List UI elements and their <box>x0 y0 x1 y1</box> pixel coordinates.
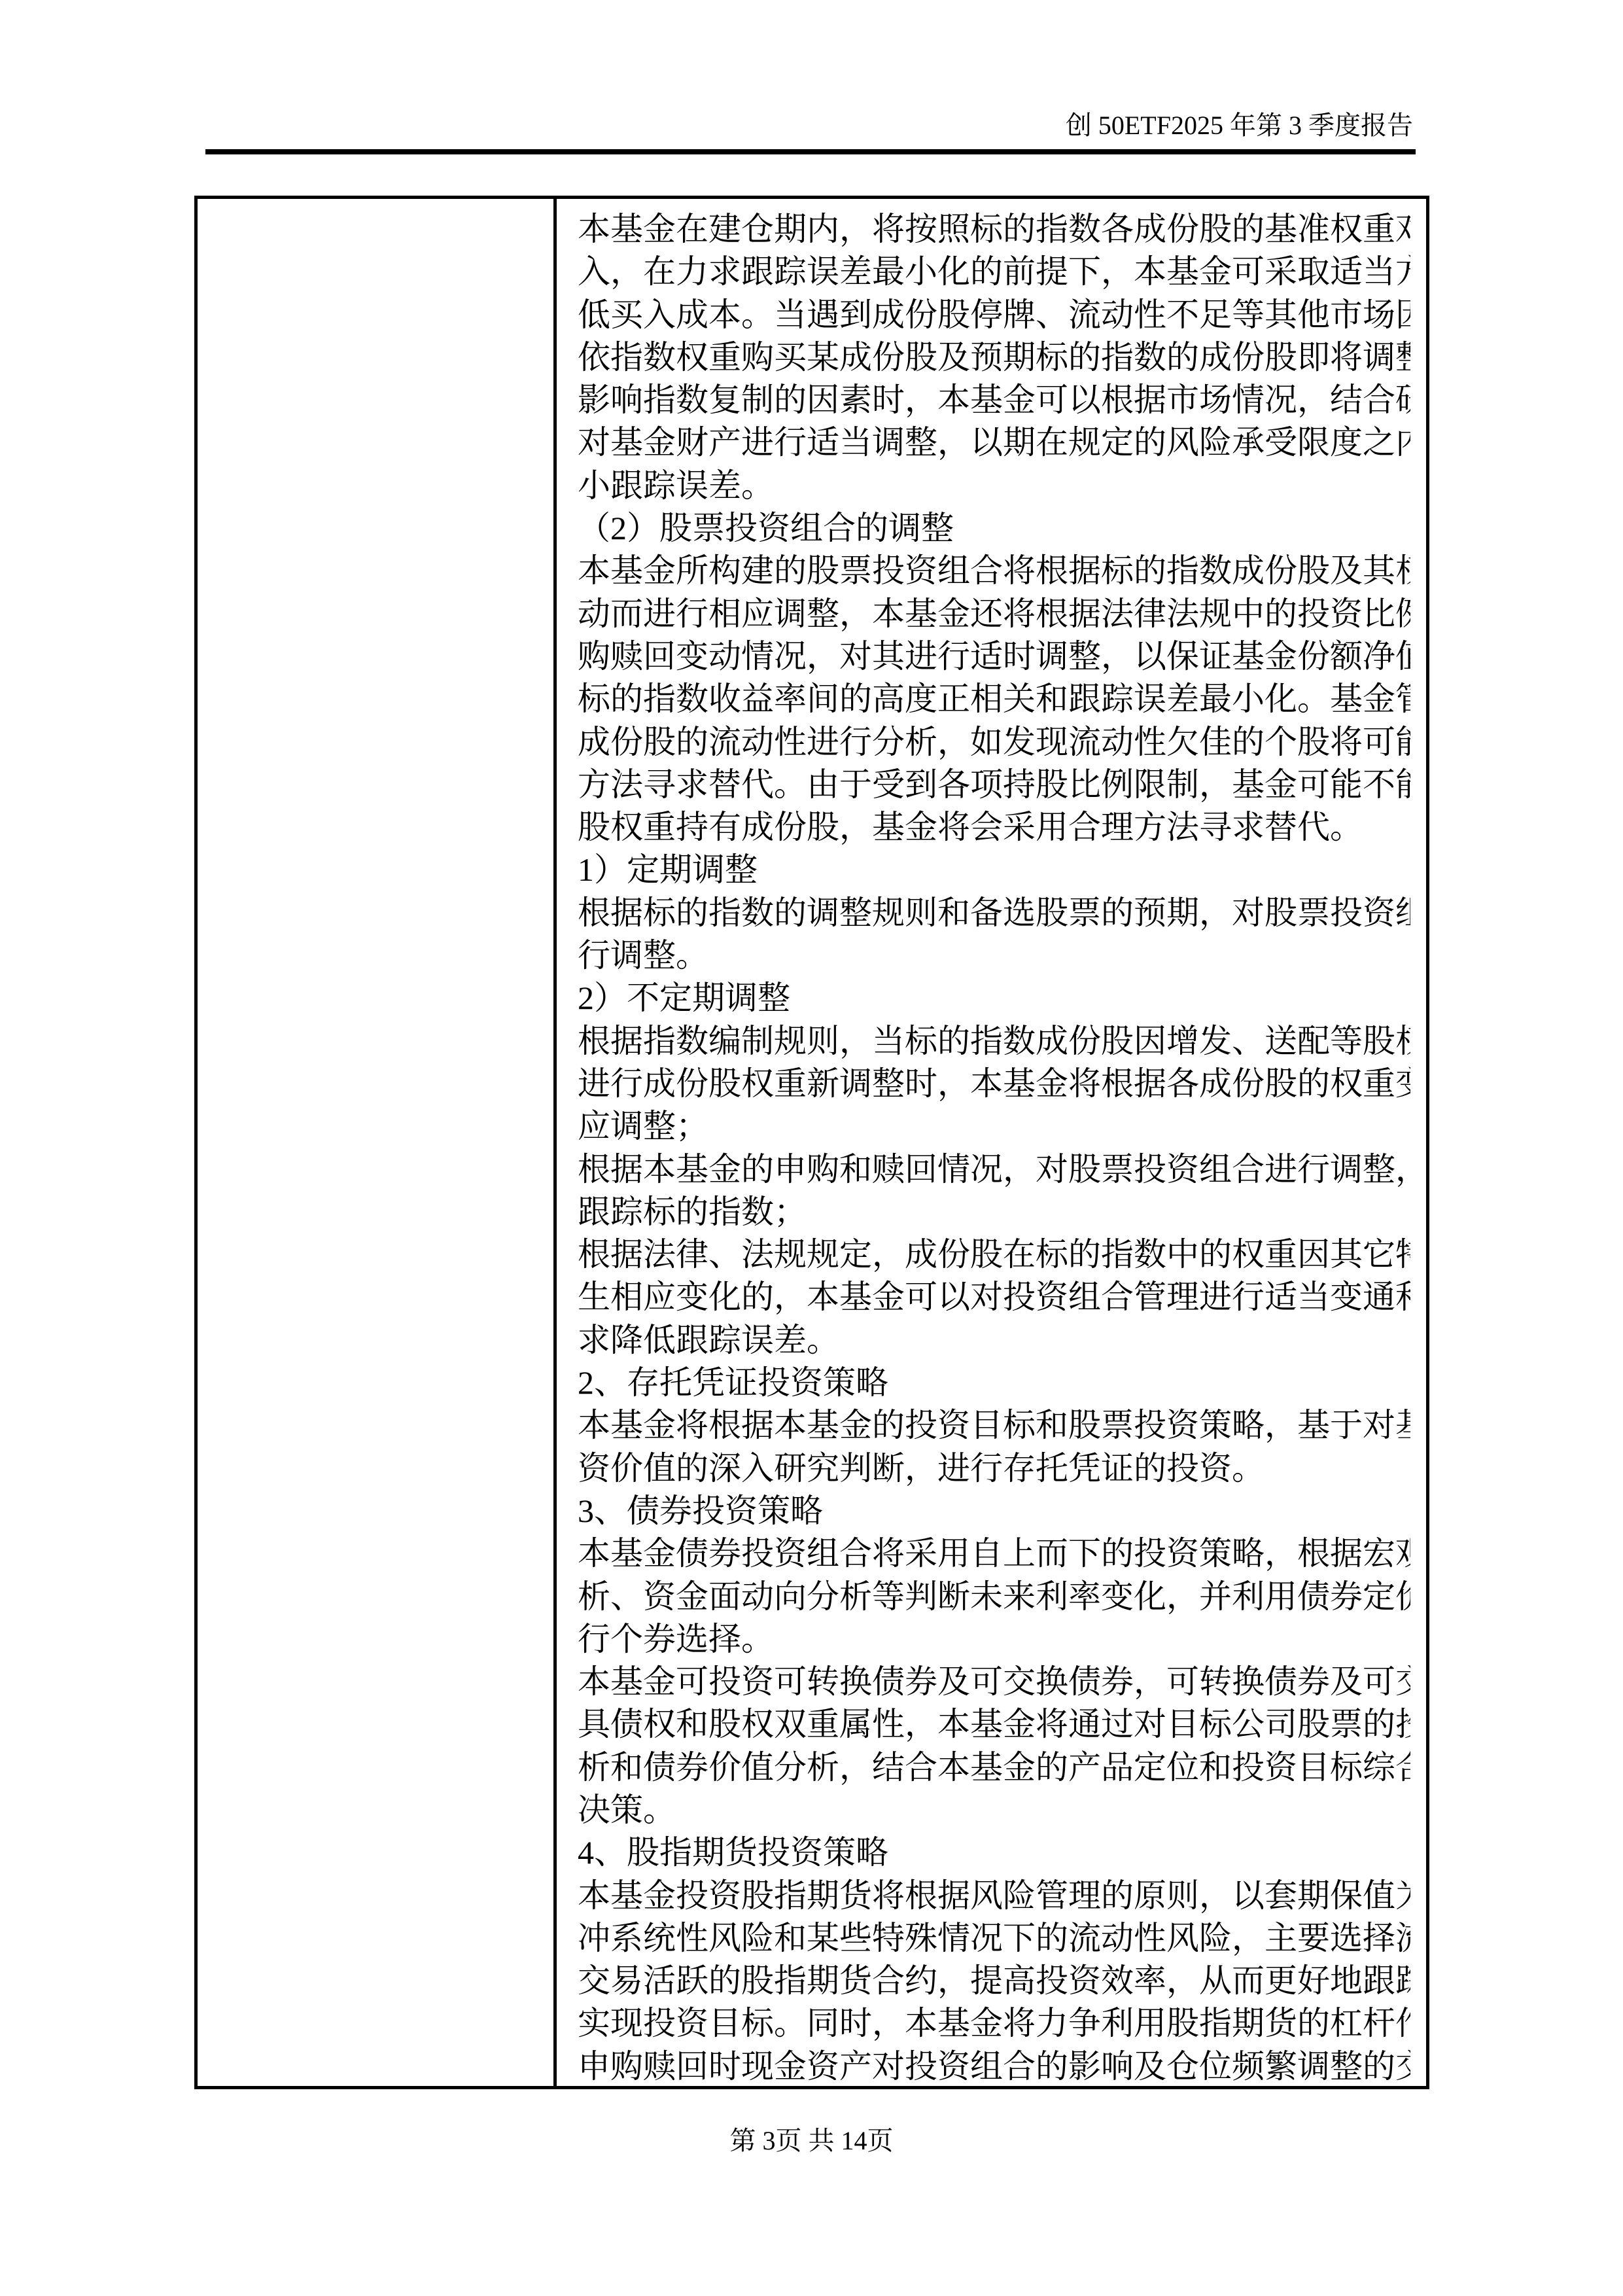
text-line: 4、股指期货投资策略 <box>578 1831 1410 1874</box>
text-line: 2、存托凭证投资策略 <box>578 1362 1410 1404</box>
text-line: 根据标的指数的调整规则和备选股票的预期，对股票投资组合及时进 <box>578 892 1410 934</box>
text-line: 购赎回变动情况，对其进行适时调整，以保证基金份额净值增长率与 <box>578 635 1410 678</box>
text-line: 3、债券投资策略 <box>578 1490 1410 1532</box>
text-line: 成份股的流动性进行分析，如发现流动性欠佳的个股将可能采用合理 <box>578 721 1410 764</box>
text-line: 析、资金面动向分析等判断未来利率变化，并利用债券定价技术，进 <box>578 1576 1410 1618</box>
text-line: 本基金所构建的股票投资组合将根据标的指数成份股及其权重的变 <box>578 550 1410 592</box>
report-page: 创 50ETF2025 年第 3 季度报告 本基金在建仓期内，将按照标的指数各成… <box>0 0 1623 2296</box>
text-line: 申购赎回时现金资产对投资组合的影响及仓位频繁调整的交易成本 <box>578 2045 1410 2086</box>
footer-page-number: 第 3页 共 14页 <box>0 2125 1623 2157</box>
report-table: 本基金在建仓期内，将按照标的指数各成份股的基准权重对其逐步买入，在力求跟踪误差最… <box>194 196 1429 2089</box>
text-line: 交易活跃的股指期货合约，提高投资效率，从而更好地跟踪标的指数， <box>578 1960 1410 2002</box>
text-line: 小跟踪误差。 <box>578 465 1410 507</box>
text-line: 行调整。 <box>578 934 1410 977</box>
header-rule <box>205 149 1416 154</box>
text-line: 进行成份股权重新调整时，本基金将根据各成份股的权重变化进行相 <box>578 1063 1410 1105</box>
table-cell-label-empty <box>198 199 557 2086</box>
text-line: 低买入成本。当遇到成份股停牌、流动性不足等其他市场因素而无法 <box>578 294 1410 336</box>
text-line: 方法寻求替代。由于受到各项持股比例限制，基金可能不能按照成份 <box>578 764 1410 806</box>
text-line: 本基金将根据本基金的投资目标和股票投资策略，基于对基础证券投 <box>578 1404 1410 1447</box>
text-line: 决策。 <box>578 1789 1410 1831</box>
text-line: 本基金在建仓期内，将按照标的指数各成份股的基准权重对其逐步买 <box>578 208 1410 251</box>
text-line: 依指数权重购买某成份股及预期标的指数的成份股即将调整或其他 <box>578 336 1410 379</box>
text-line: 生相应变化的，本基金可以对投资组合管理进行适当变通和调整，力 <box>578 1276 1410 1318</box>
text-line: 根据法律、法规规定，成份股在标的指数中的权重因其它特殊原因发 <box>578 1233 1410 1276</box>
text-line: 股权重持有成份股，基金将会采用合理方法寻求替代。 <box>578 806 1410 849</box>
text-line: 根据本基金的申购和赎回情况，对股票投资组合进行调整，从而有效 <box>578 1148 1410 1191</box>
text-line: 跟踪标的指数； <box>578 1191 1410 1233</box>
text-line: 实现投资目标。同时，本基金将力争利用股指期货的杠杆作用，降低 <box>578 2002 1410 2045</box>
text-line: 析和债券价值分析，结合本基金的产品定位和投资目标综合开展投资 <box>578 1746 1410 1789</box>
table-cell-strategy-text: 本基金在建仓期内，将按照标的指数各成份股的基准权重对其逐步买入，在力求跟踪误差最… <box>557 199 1426 2086</box>
text-line: 标的指数收益率间的高度正相关和跟踪误差最小化。基金管理人将对 <box>578 678 1410 720</box>
text-line: 入，在力求跟踪误差最小化的前提下，本基金可采取适当方法，以降 <box>578 251 1410 293</box>
page-header-title: 创 50ETF2025 年第 3 季度报告 <box>205 110 1413 141</box>
text-line: 具债权和股权双重属性，本基金将通过对目标公司股票的投资价值分 <box>578 1703 1410 1746</box>
text-line: 冲系统性风险和某些特殊情况下的流动性风险，主要选择流动性好、 <box>578 1917 1410 1960</box>
text-line: 行个券选择。 <box>578 1618 1410 1661</box>
text-line: 应调整； <box>578 1105 1410 1148</box>
text-line: 对基金财产进行适当调整，以期在规定的风险承受限度之内，尽量缩 <box>578 421 1410 464</box>
text-line: 资价值的深入研究判断，进行存托凭证的投资。 <box>578 1447 1410 1490</box>
text-line: 本基金投资股指期货将根据风险管理的原则，以套期保值为目的，对 <box>578 1875 1410 1917</box>
text-line: 2）不定期调整 <box>578 977 1410 1019</box>
text-line: 根据指数编制规则，当标的指数成份股因增发、送配等股权变动而需 <box>578 1020 1410 1063</box>
text-line: 1）定期调整 <box>578 849 1410 891</box>
text-line: 本基金债券投资组合将采用自上而下的投资策略，根据宏观经济分 <box>578 1532 1410 1575</box>
text-line: 求降低跟踪误差。 <box>578 1319 1410 1362</box>
text-line: 动而进行相应调整，本基金还将根据法律法规中的投资比例限制、申 <box>578 593 1410 635</box>
text-line: （2）股票投资组合的调整 <box>578 507 1410 550</box>
text-line: 影响指数复制的因素时，本基金可以根据市场情况，结合研究分析， <box>578 379 1410 421</box>
text-line: 本基金可投资可转换债券及可交换债券，可转换债券及可交换债券兼 <box>578 1661 1410 1703</box>
